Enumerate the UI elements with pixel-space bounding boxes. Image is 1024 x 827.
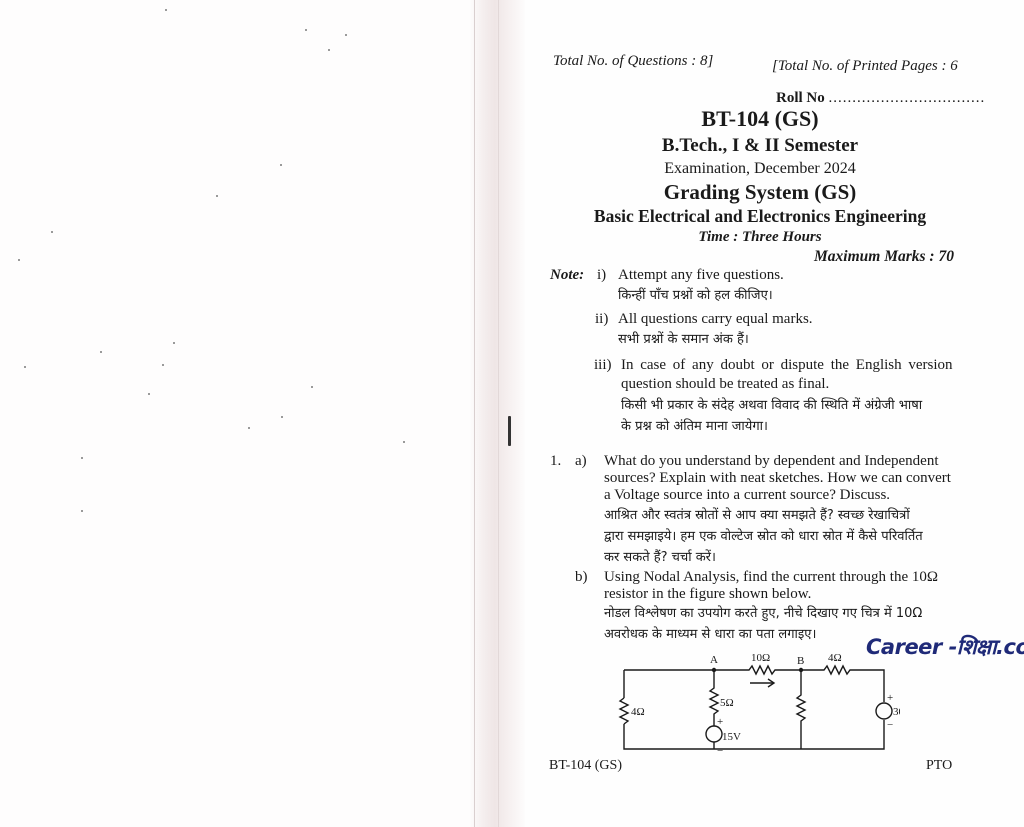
q1b-hi-line: अवरोधक के माध्यम से धारा का पता लगाइए। [604, 625, 816, 644]
label-4ohm-left: 4Ω [631, 706, 645, 718]
blank-left-page [0, 0, 485, 827]
plus-30v: + [887, 692, 893, 704]
plus-15v: + [717, 716, 723, 728]
note-3-en-2: question should be treated as final. [621, 375, 829, 394]
exam-session: Examination, December 2024 [525, 160, 995, 178]
exam-duration: Time : Three Hours [525, 229, 995, 246]
q1a-hi-line: कर सकते हैं? चर्चा करें। [604, 548, 716, 567]
footer-paper-code: BT-104 (GS) [549, 758, 622, 774]
max-marks: Maximum Marks : 70 [814, 248, 954, 266]
course-title: B.Tech., I & II Semester [525, 135, 995, 157]
note-3-en-1: In case of any doubt or dispute the Engl… [621, 356, 953, 375]
resistor-4ohm-left [620, 698, 628, 724]
node-b-label: B [797, 655, 804, 667]
q1a-hi-line: द्वारा समझाइये। हम एक वोल्टेज स्रोत को ध… [604, 527, 923, 546]
voltage-source-15v [706, 726, 722, 742]
voltage-source-30v [876, 703, 892, 719]
note-3-hi-1: किसी भी प्रकार के संदेह अथवा विवाद की स्… [621, 396, 922, 415]
question-paper-page: Total No. of Questions : 8] [Total No. o… [525, 0, 1024, 827]
q1a-en-line: a Voltage source into a current source? … [604, 486, 890, 505]
q1a-hi-line: आश्रित और स्वतंत्र स्रोतों से आप क्या सम… [604, 506, 910, 525]
note-3-num: iii) [594, 356, 612, 375]
grading-system: Grading System (GS) [525, 180, 995, 205]
note-2-hi: सभी प्रश्नों के समान अंक हैं। [618, 330, 749, 349]
staple-mark [508, 416, 511, 446]
paper-code: BT-104 (GS) [525, 106, 995, 132]
q1b-hi-line: नोडल विश्लेषण का उपयोग करते हुए, नीचे दि… [604, 604, 922, 623]
minus-15v: − [717, 745, 723, 755]
label-10ohm: 10Ω [751, 652, 770, 664]
note-3-hi-2: के प्रश्न को अंतिम माना जायेगा। [621, 417, 768, 436]
total-questions: Total No. of Questions : 8] [553, 53, 713, 70]
footer-pto: PTO [926, 758, 952, 774]
note-2-num: ii) [595, 310, 608, 329]
roll-no-label: Roll No [776, 90, 825, 106]
circuit-diagram: A B 10Ω 4Ω 4Ω 5Ω + 15V − + 30V − [610, 650, 900, 755]
label-15v: 15V [722, 731, 741, 743]
roll-no-field: ................................. [829, 90, 986, 106]
question-number: 1. [550, 452, 561, 471]
note-1-num: i) [597, 266, 606, 285]
note-1-en: Attempt any five questions. [618, 266, 784, 285]
roll-number: Roll No ................................… [776, 90, 985, 107]
note-label: Note: [550, 266, 584, 285]
node-a-label: A [710, 654, 718, 666]
q1b-en-line: resistor in the figure shown below. [604, 585, 811, 604]
label-5ohm: 5Ω [720, 697, 734, 709]
label-4ohm-right: 4Ω [828, 652, 842, 664]
page-fold [470, 0, 525, 827]
minus-30v: − [887, 719, 893, 731]
part-b-label: b) [575, 568, 588, 587]
note-2-en: All questions carry equal marks. [618, 310, 813, 329]
label-30v: 30V [893, 706, 900, 718]
subject-title: Basic Electrical and Electronics Enginee… [525, 206, 995, 227]
part-a-label: a) [575, 452, 587, 471]
total-pages: [Total No. of Printed Pages : 6 [772, 58, 958, 75]
note-1-hi: किन्हीं पाँच प्रश्नों को हल कीजिए। [618, 286, 773, 305]
